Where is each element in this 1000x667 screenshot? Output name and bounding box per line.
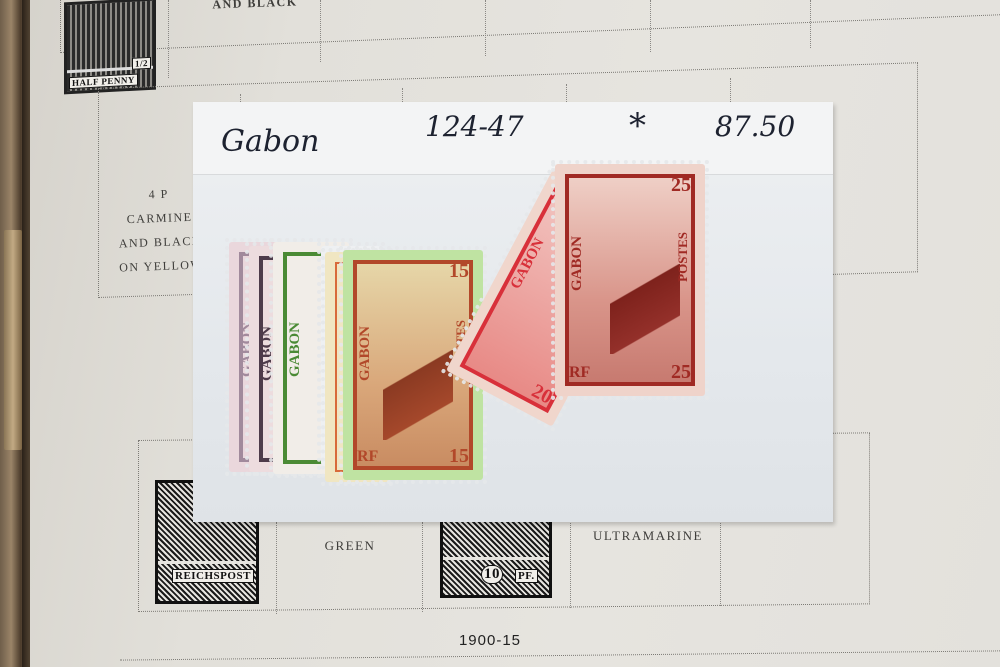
engraved-stamp-halfpenny: HALF PENNY 1/2 <box>64 0 156 94</box>
grid-line <box>485 0 486 56</box>
stamp-country: GABON <box>287 322 304 377</box>
card-price: 87.50 <box>715 110 795 143</box>
grid-line <box>720 518 721 606</box>
grid-line <box>168 0 169 78</box>
grid-line <box>422 522 423 612</box>
stamp-vignette <box>383 350 453 440</box>
grid-line <box>566 84 567 104</box>
color-label-green: GREEN <box>300 538 400 554</box>
stamp-unit: PF. <box>515 569 538 583</box>
stamp-value: 10 <box>481 565 503 584</box>
card-country: Gabon <box>221 124 319 159</box>
grid-line <box>276 522 277 614</box>
year-heading: 1900-15 <box>430 632 550 649</box>
stamp-monogram: RF <box>357 448 378 466</box>
album-tab <box>4 230 22 450</box>
grid-line <box>120 650 1000 660</box>
dealer-stock-card[interactable]: Gabon 124-47 * 87.50 GABON GABON GABON G… <box>193 102 833 522</box>
stamp-inscription: POSTES <box>675 232 691 282</box>
stamp-monogram: RF <box>569 364 590 382</box>
stamp-value-top: 25 <box>671 174 691 197</box>
stamp-value-top: 15 <box>449 260 469 283</box>
card-header: Gabon 124-47 * 87.50 <box>193 102 833 175</box>
grid-line <box>570 518 571 608</box>
stamp-value-bottom: 15 <box>449 445 469 468</box>
stamp-gabon-25c: GABON POSTES 25 25 RF <box>555 164 705 396</box>
color-label-ultramarine: ULTRAMARINE <box>578 528 718 544</box>
stamp-value-bottom: 25 <box>671 361 691 384</box>
card-catalog-range: 124-47 <box>425 110 524 143</box>
grid-line <box>810 0 811 48</box>
card-condition-mark: * <box>629 106 646 146</box>
stamp-country: GABON <box>357 326 374 381</box>
reichspost-caption: REICHSPOST <box>172 569 254 583</box>
grid-line <box>320 0 321 62</box>
grid-line <box>650 0 651 52</box>
stamp-vignette <box>610 264 680 354</box>
stamp-country: GABON <box>569 236 586 291</box>
grid-line <box>730 78 731 102</box>
halfpenny-fraction: 1/2 <box>132 57 151 70</box>
engraved-stamp-10pf: 10 PF. <box>440 518 552 598</box>
